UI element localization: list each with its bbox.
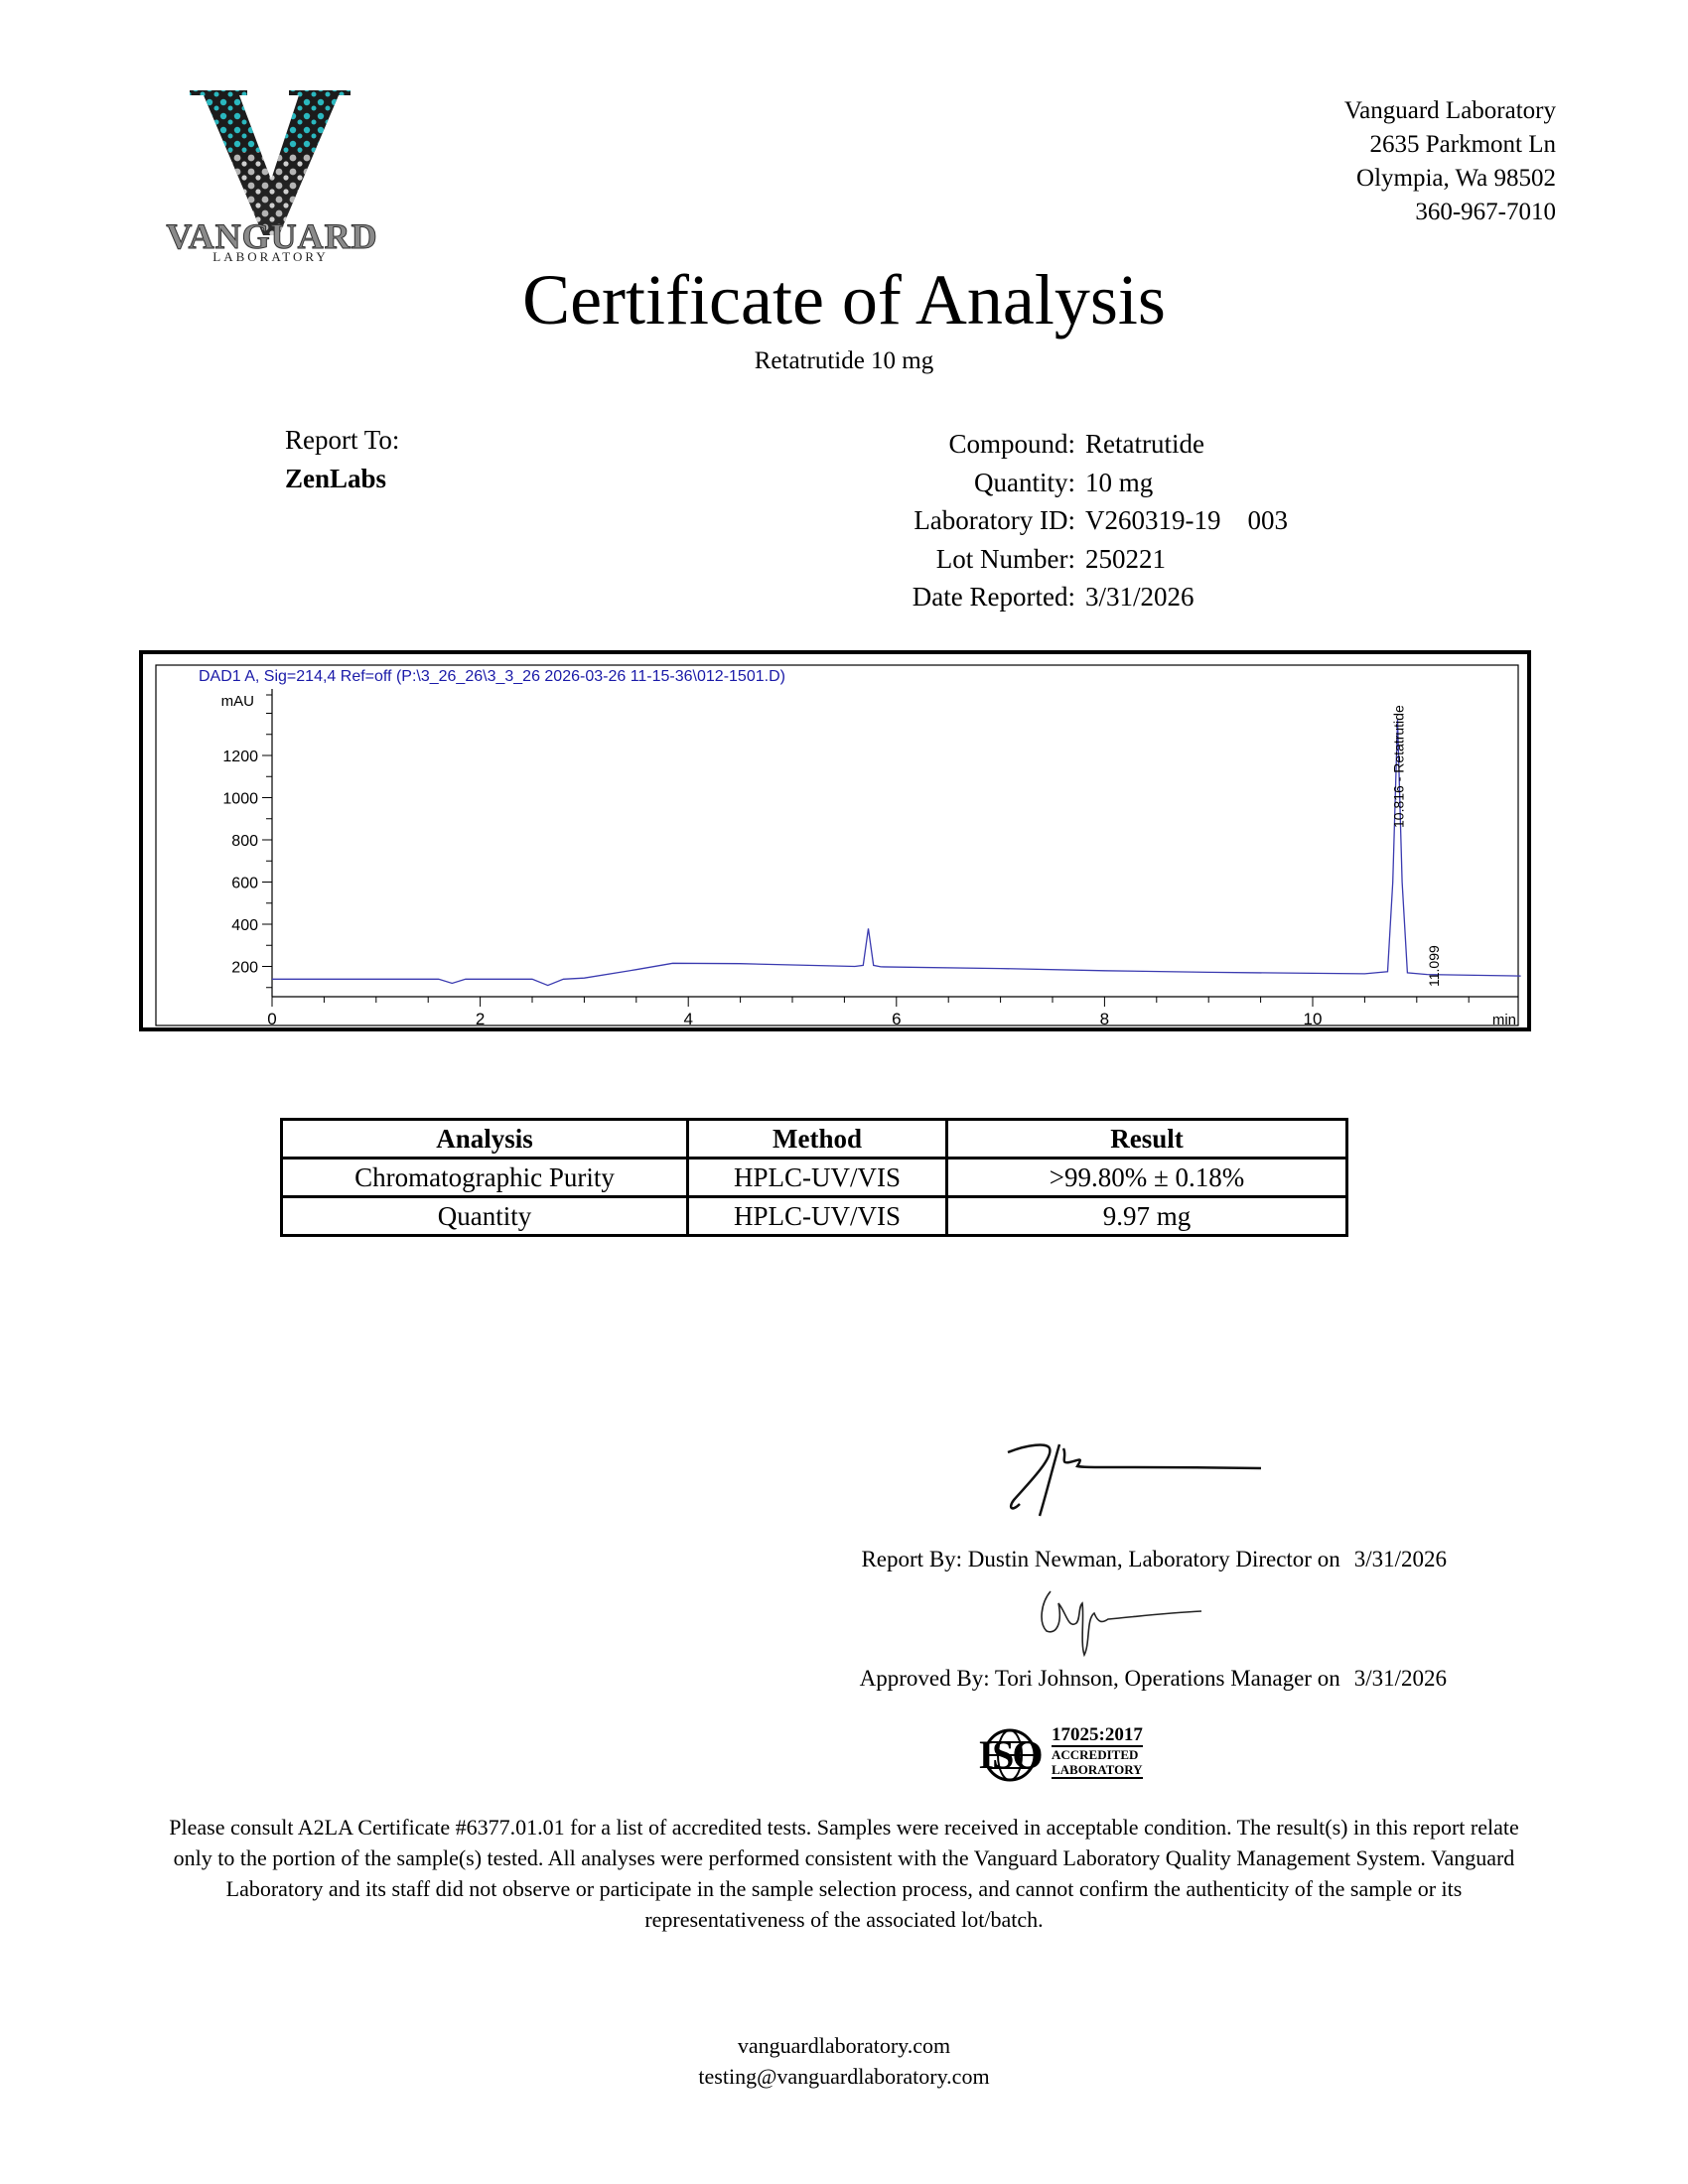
- cell-method: HPLC-UV/VIS: [688, 1159, 947, 1197]
- info-value: V260319-19 003: [1085, 501, 1288, 540]
- info-key: Compound:: [814, 425, 1085, 464]
- iso-standard: 17025:2017: [1052, 1725, 1143, 1747]
- report-to-label: Report To:: [285, 425, 399, 456]
- info-key: Quantity:: [814, 464, 1085, 502]
- x-tick-label: 2: [476, 1010, 485, 1027]
- info-key: Date Reported:: [814, 578, 1085, 616]
- report-by-date: 3/31/2026: [1354, 1547, 1447, 1572]
- sample-info: Compound:Retatrutide Quantity:10 mg Labo…: [814, 425, 1288, 616]
- page-title: Certificate of Analysis: [0, 260, 1688, 340]
- chromatogram-trace: [272, 720, 1521, 986]
- vanguard-logo: VANGUARD LABORATORY: [164, 84, 377, 268]
- info-value: 250221: [1085, 540, 1166, 579]
- header-method: Method: [688, 1120, 947, 1159]
- x-tick-label: 10: [1304, 1010, 1323, 1027]
- info-row-lot: Lot Number:250221: [814, 540, 1288, 579]
- signature-tori-johnson: [1033, 1583, 1211, 1663]
- chromatogram: DAD1 A, Sig=214,4 Ref=off (P:\3_26_26\3_…: [143, 654, 1527, 1027]
- info-key: Laboratory ID:: [814, 501, 1085, 540]
- chart-title: DAD1 A, Sig=214,4 Ref=off (P:\3_26_26\3_…: [199, 668, 785, 685]
- cell-analysis: Chromatographic Purity: [282, 1159, 688, 1197]
- y-tick-label: 200: [231, 960, 258, 977]
- address-phone: 360-967-7010: [1344, 196, 1556, 229]
- y-tick-label: 1000: [222, 791, 258, 808]
- x-axis-label: min: [1492, 1012, 1516, 1027]
- cell-result: 9.97 mg: [947, 1197, 1347, 1236]
- report-by-line: Report By: Dustin Newman, Laboratory Dir…: [861, 1547, 1447, 1572]
- report-by-text: Report By: Dustin Newman, Laboratory Dir…: [861, 1547, 1339, 1571]
- cell-result: >99.80% ± 0.18%: [947, 1159, 1347, 1197]
- info-row-date: Date Reported:3/31/2026: [814, 578, 1288, 616]
- info-row-lab-id: Laboratory ID:V260319-19 003: [814, 501, 1288, 540]
- cell-method: HPLC-UV/VIS: [688, 1197, 947, 1236]
- iso-mark: ISO: [970, 1733, 1050, 1777]
- y-tick-label: 600: [231, 876, 258, 892]
- x-tick-label: 6: [892, 1010, 901, 1027]
- address-line: Olympia, Wa 98502: [1344, 162, 1556, 196]
- footer-website[interactable]: vanguardlaboratory.com: [0, 2030, 1688, 2061]
- iso-accreditation-badge: ISO 17025:2017 ACCREDITED LABORATORY: [970, 1725, 1169, 1785]
- x-tick-label: 0: [267, 1010, 276, 1027]
- disclaimer-text: Please consult A2LA Certificate #6377.01…: [154, 1812, 1534, 1935]
- header-result: Result: [947, 1120, 1347, 1159]
- approved-by-line: Approved By: Tori Johnson, Operations Ma…: [860, 1666, 1447, 1692]
- y-tick-label: 400: [231, 917, 258, 934]
- approved-by-text: Approved By: Tori Johnson, Operations Ma…: [860, 1666, 1340, 1691]
- y-axis-label: mAU: [221, 693, 254, 710]
- lab-address: Vanguard Laboratory 2635 Parkmont Ln Oly…: [1344, 94, 1556, 229]
- info-row-quantity: Quantity:10 mg: [814, 464, 1288, 502]
- footer: vanguardlaboratory.com testing@vanguardl…: [0, 2030, 1688, 2092]
- x-tick-label: 8: [1100, 1010, 1109, 1027]
- approved-by-date: 3/31/2026: [1354, 1666, 1447, 1692]
- x-tick-label: 4: [683, 1010, 692, 1027]
- header-analysis: Analysis: [282, 1120, 688, 1159]
- info-key: Lot Number:: [814, 540, 1085, 579]
- peak-label: 10.816 - Retatrutide: [1391, 705, 1407, 828]
- cell-analysis: Quantity: [282, 1197, 688, 1236]
- signature-dustin-newman: [998, 1434, 1266, 1524]
- info-value: Retatrutide: [1085, 425, 1204, 464]
- page-subtitle: Retatrutide 10 mg: [0, 347, 1688, 375]
- report-to-name: ZenLabs: [285, 464, 386, 494]
- iso-line2: LABORATORY: [1052, 1762, 1143, 1779]
- address-line: 2635 Parkmont Ln: [1344, 128, 1556, 162]
- y-tick-label: 800: [231, 833, 258, 850]
- table-row: Quantity HPLC-UV/VIS 9.97 mg: [282, 1197, 1347, 1236]
- results-table: Analysis Method Result Chromatographic P…: [280, 1118, 1348, 1237]
- address-line: Vanguard Laboratory: [1344, 94, 1556, 128]
- info-value: 10 mg: [1085, 464, 1153, 502]
- peak-label: 11.099: [1426, 945, 1442, 987]
- footer-email[interactable]: testing@vanguardlaboratory.com: [0, 2061, 1688, 2092]
- plot-frame: [156, 665, 1518, 1025]
- y-tick-label: 1200: [222, 749, 258, 765]
- iso-line1: ACCREDITED: [1052, 1747, 1138, 1762]
- table-header-row: Analysis Method Result: [282, 1120, 1347, 1159]
- info-value: 3/31/2026: [1085, 578, 1195, 616]
- table-row: Chromatographic Purity HPLC-UV/VIS >99.8…: [282, 1159, 1347, 1197]
- info-row-compound: Compound:Retatrutide: [814, 425, 1288, 464]
